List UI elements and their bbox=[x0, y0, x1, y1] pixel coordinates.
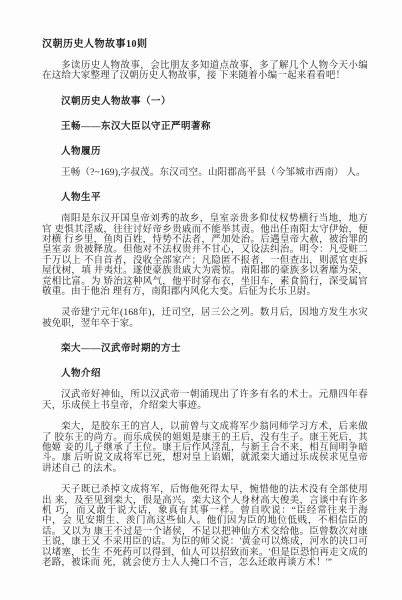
document-page: 汉朝历史人物故事10则多读历史人物故事，会比朋友多知道点故事，多了解几个人物今天… bbox=[0, 0, 402, 600]
document-title: 汉朝历史人物故事10则 bbox=[42, 35, 368, 50]
section-heading: 人物生平 bbox=[42, 189, 368, 203]
body-paragraph: 天子既已杀掉文成将军，后悔他死得太早，惋惜他的法术没有全部使用出 来，及至见到栾… bbox=[42, 485, 368, 568]
section-heading: 人物履历 bbox=[42, 143, 368, 157]
section-heading: 汉朝历史人物故事（一） bbox=[42, 93, 368, 107]
body-paragraph: 王畅（?~169),字叔茂。东汉司空。山阳郡高平县（今邹城市西南） 人。 bbox=[42, 168, 368, 178]
body-paragraph: 多读历史人物故事，会比朋友多知道点故事，多了解几个人物今天小编在这给大家整理了汉… bbox=[42, 61, 368, 82]
body-paragraph: 栾大，是胶东王的宫人，以前曾与文成将军少翁同师学习方术，后来做了 胶东王的尚方。… bbox=[42, 422, 368, 474]
body-paragraph: 灵帝建宁元年(168年)，迁司空，居三公之列。数月后，因地方发生水灾 被免职，翌… bbox=[42, 308, 368, 329]
section-heading: 栾大——汉武帝时期的方士 bbox=[42, 340, 368, 354]
body-paragraph: 汉武帝好神仙，所以汉武帝一朝涌现出了许多有名的术士。元鼎四年春 天，乐成侯上书皇… bbox=[42, 390, 368, 411]
section-heading: 王畅——东汉大臣以守正严明著称 bbox=[42, 118, 368, 132]
document-body: 汉朝历史人物故事10则多读历史人物故事，会比朋友多知道点故事，多了解几个人物今天… bbox=[42, 35, 368, 568]
section-heading: 人物介绍 bbox=[42, 365, 368, 379]
body-paragraph: 南阳是东汉开国皇帝刘秀的故乡，皇室亲贵多仰仗权势横行当地，地方官 吏惧其淫威，往… bbox=[42, 214, 368, 297]
